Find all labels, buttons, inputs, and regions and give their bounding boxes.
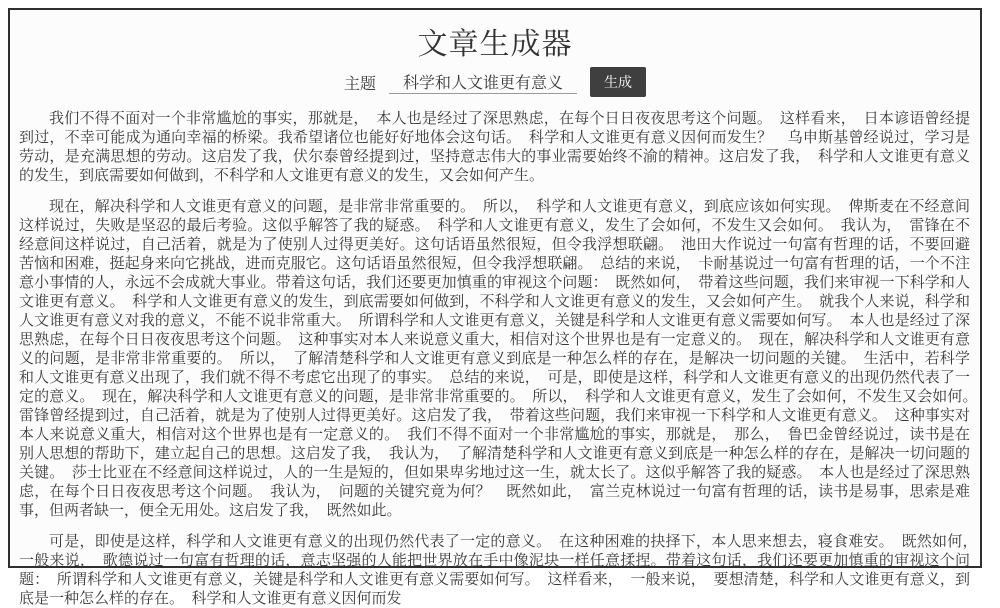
generate-button[interactable]: 生成	[590, 67, 646, 97]
topic-label: 主题	[344, 71, 376, 94]
topic-form: 主题 生成	[10, 67, 980, 97]
topic-input[interactable]	[389, 70, 577, 94]
article-paragraph: 我们不得不面对一个非常尴尬的事实，那就是， 本人也是经过了深思熟虑，在每个日日夜…	[19, 109, 970, 185]
page-title: 文章生成器	[10, 19, 980, 63]
article-generator-page: 文章生成器 主题 生成 我们不得不面对一个非常尴尬的事实，那就是， 本人也是经过…	[8, 8, 982, 515]
generated-article: 我们不得不面对一个非常尴尬的事实，那就是， 本人也是经过了深思熟虑，在每个日日夜…	[10, 109, 980, 515]
article-paragraph: 现在，解决科学和人文谁更有意义的问题，是非常非常重要的。 所以， 科学和人文谁更…	[19, 197, 970, 515]
